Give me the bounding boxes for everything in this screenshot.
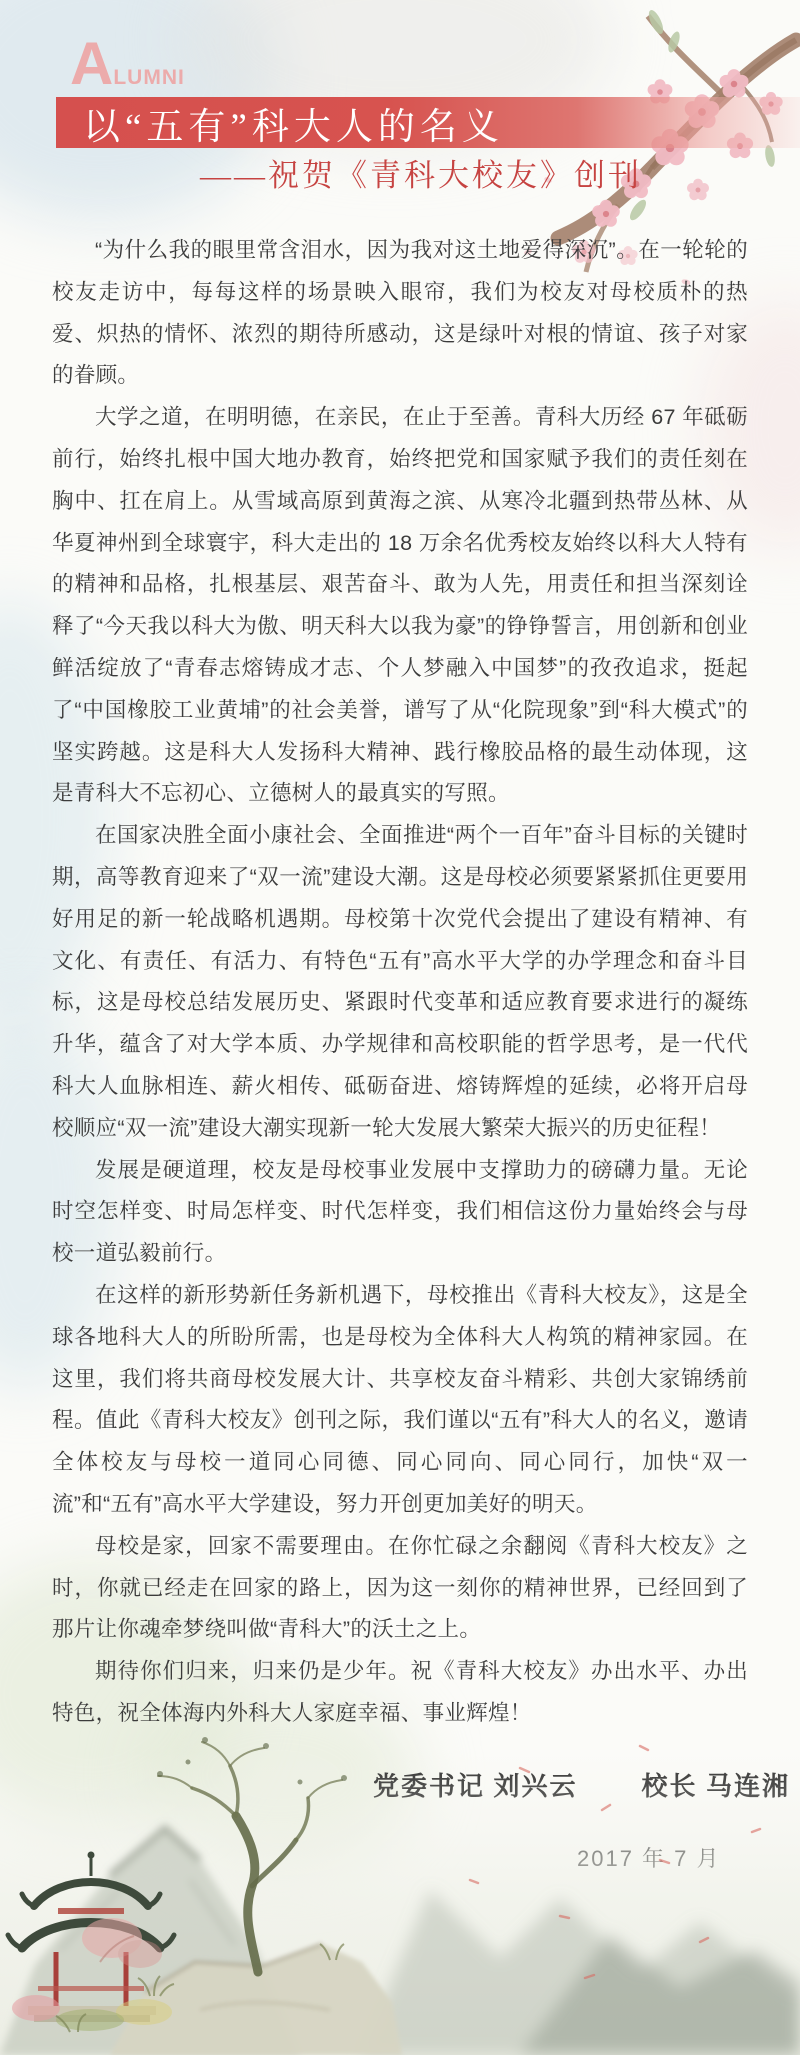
publication-date: 2017 年 7 月: [577, 1842, 721, 1873]
article-body: “为什么我的眼里常含泪水，因为我对这土地爱得深沉”。在一轮轮的校友走访中，每每这…: [52, 230, 748, 1735]
masthead-initial: A: [70, 34, 113, 94]
page-subtitle: ——祝贺《青科大校友》创刊: [200, 150, 642, 195]
foreground-cliff: [110, 1944, 402, 2055]
left-peak: [0, 1828, 300, 2055]
paragraph: 在这样的新形势新任务新机遇下，母校推出《青科大校友》，这是全球各地科大人的所盼所…: [52, 1275, 748, 1526]
page-title: 以“五有”科大人的名义: [56, 96, 504, 150]
signature-secretary: 党委书记 刘兴云: [373, 1766, 578, 1803]
paragraph: 大学之道，在明明德，在亲民，在止于至善。青科大历经 67 年砥砺前行，始终扎根中…: [52, 397, 748, 815]
paragraph: 在国家决胜全面小康社会、全面推进“两个一百年”奋斗目标的关键时期，高等教育迎来了…: [52, 815, 748, 1149]
signature-line: 党委书记 刘兴云 校长 马连湘: [373, 1766, 790, 1803]
masthead-rest: LUMNI: [113, 66, 185, 90]
blossom-shrub: [82, 1918, 162, 1968]
title-banner: 以“五有”科大人的名义: [56, 97, 800, 148]
bare-tree: [157, 1737, 347, 1972]
paragraph: “为什么我的眼里常含泪水，因为我对这土地爱得深沉”。在一轮轮的校友走访中，每每这…: [52, 230, 748, 397]
paragraph: 期待你们归来，归来仍是少年。祝《青科大校友》办出水平、办出特色，祝全体海内外科大…: [52, 1651, 748, 1735]
far-mountains: [360, 1890, 800, 2055]
magazine-foreword-page: ALUMNI 以“五有”科大人的名义 ——祝贺《青科大校友》创刊 “为什么我的眼…: [0, 0, 800, 2055]
paragraph: 母校是家，回家不需要理由。在你忙碌之余翻阅《青科大校友》之时，你就已经走在回家的…: [52, 1526, 748, 1651]
paragraph: 发展是硬道理，校友是母校事业发展中支撑助力的磅礴力量。无论时空怎样变、时局怎样变…: [52, 1150, 748, 1275]
signature-president: 校长 马连湘: [642, 1766, 791, 1803]
pavilion: [8, 1852, 174, 2032]
masthead-alumni: ALUMNI: [70, 34, 185, 94]
watercolor-landscape-illustration: [0, 1710, 800, 2055]
grass-tufts: [56, 1944, 344, 2032]
